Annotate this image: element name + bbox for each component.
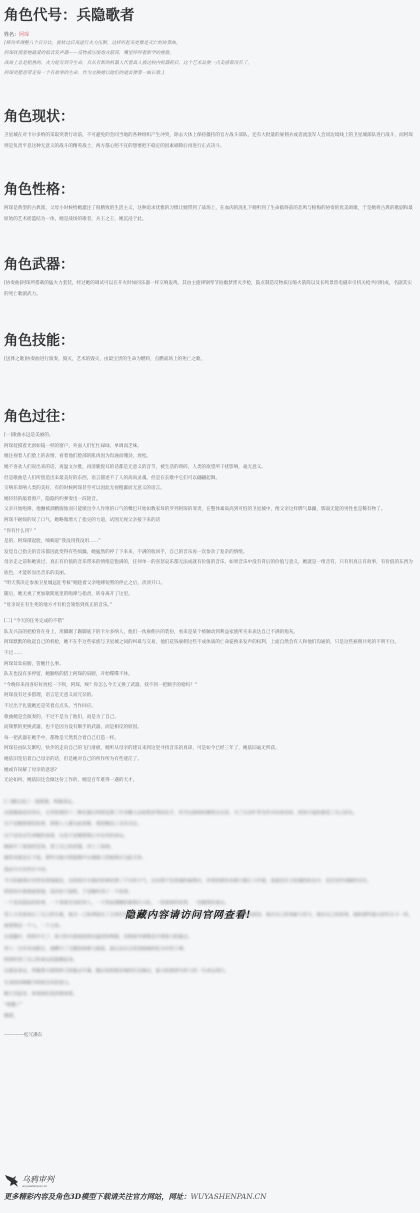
story-line: 父亲开始咆哮，他酗被酒精腐蚀而只能喷出令人作呕的口气的嘴巴开始如数家珍的罗列阿琛… [4, 505, 416, 516]
story-line: 她将来就是在下面，那些为他方把鼓舞声在城墙上的雇佣兵为此买单。 [4, 853, 416, 864]
story-line: 她不喜欢人们说出来的话，再温文尔雅，再清脆悦耳的话都是无意义的音节，被生活的琐碎… [4, 463, 416, 474]
section-heading-past: 角色过往： [4, 407, 416, 427]
story-line: 不过出于礼貌她还是笑着点点头，当作回应。 [4, 702, 416, 713]
section-text-skill: [送葬之歌]协奏曲进行演奏，毁灭，艺术的毁灭，由最宝贵的生命为燃料，点燃战场上的… [4, 355, 416, 366]
logo-title: 乌鸦审判 [22, 1175, 54, 1184]
story-line: 她或许误解了母亲的意思? [4, 766, 416, 777]
story-line: 男人一生传奇而跌宕，他燃尽了无数的困难与挑战，最后站在这里迎接他的化为开的子弹。 [4, 944, 416, 955]
name-label: 姓名： [4, 32, 19, 38]
hidden-content-notice: 隐藏内容请访问官网查看! [125, 906, 251, 921]
story-line: 生命的回响赋予阿琛音乐的意义。 [4, 978, 416, 989]
site-logo[interactable]: 乌鸦审判 wuyashenpan.cn [4, 1172, 416, 1188]
story-line: 她轻轻的敲着窗户，隐隐约约弹奏出一段轮音。 [4, 495, 416, 506]
story-line: 今天的雇佣兵异常英勇地抵抗，在阿琛开火他们的神采费了不少的力气，这显然不是普通的… [4, 876, 416, 887]
story-line: 母亲走之前和她说过，真正有价值的音乐带来的情绪是饱满的，任何单一的喜怒哀乐都无法… [4, 558, 416, 579]
story-line: 随后，她无视了更加歇斯底里的咆哮与指责，转身离开了这里。 [4, 590, 416, 601]
story-line: 阿琛任由队友絮叨，快步的走向自己的飞行滑板，她听从母亲的建议来到这里寻找音乐的真… [4, 744, 416, 755]
story-line: 但是歌曲是人们所创造出来最美好的东西，语言描述不了人的高尚灵魂，但是在长歌中它们… [4, 474, 416, 485]
story-line: 她注视着人们脸上的表情，看着他们脸部的肌肉因为沟通而绷劲，放松。 [4, 452, 416, 463]
story-line: 她依旧坚信着自己母亲的话，但是她对自己的所作所为有些迷茫了。 [4, 755, 416, 766]
story-line: 每一把武器在她手中，都像是天然契合着自己打造一样。 [4, 734, 416, 745]
story-line: 她大笑起来，协奏曲狂乱的演奏着。 [4, 989, 416, 1000]
page-title: 角色代号：兵隐歌者 [4, 6, 416, 26]
story-line: 阿琛听到了自己的命运的鼓舞起来。 [4, 955, 416, 966]
story-line: [三]她完成了一篇新歌，叫做命运。 [4, 797, 416, 808]
past-story-part-2: [二] “今天的任务完成的不错” 队友兴奋的把枪背在身上，用脚踢了踢脚底下的卡尔… [4, 617, 416, 787]
story-line: 而频繁的更换武器，也不是因为没有顺手的武器，而是相反的原因。 [4, 723, 416, 734]
section-heading-status: 角色现状： [4, 107, 416, 127]
story-line: 阿琛默默的收起自己的机枪，她不在乎这些家族与卫星城之间的纠葛与交易，他们花钱雇佣… [4, 638, 416, 649]
story-line: “你有什么用？” [4, 527, 416, 538]
intro-quote: [将功率调整八个百分比，旋转过后再进行火力压制，这样听起来更像是灭亡的协奏曲。 … [4, 39, 416, 79]
story-line: 阿琛耸耸肩膀，管她什么事。 [4, 660, 416, 671]
story-line: 这篇歌曲没有所在，它所需要的十二种乐器让阿琛花费了许多精力去收集优秀的乐手，但当… [4, 808, 416, 819]
site-url-link[interactable]: WUYASHENPAN.CN [191, 1192, 267, 1201]
author-signature: ------------松冗潘东 [4, 1031, 416, 1041]
site-footer: 乌鸦审判 wuyashenpan.cn 更多精彩内容及角色3D模型下载请关注官方… [4, 1172, 416, 1202]
story-line: 不过…… [4, 649, 416, 660]
story-line: 她想。 [4, 1011, 416, 1022]
story-line: 这不是她想要的故事，即使人人都为此惊艳，要把她送上音乐圣坛。 [4, 819, 416, 830]
story-line: “我懂了” [4, 1000, 416, 1011]
crow-icon [4, 1172, 20, 1188]
story-line: 队友也没有多停留，她勤络的搭上阿琛的肩膀，开始喋喋不休。 [4, 670, 416, 681]
section-heading-skill: 角色技能： [4, 331, 416, 351]
section-text-personality: 阿琛是典型的古典派，父母小时候给她灌注了很精致的生活主义，这种追求优雅的习惯让她… [4, 204, 416, 225]
quote-line: [将功率调整八个百分比，旋转过后再进行火力压制，这样听起来更像是灭亡的协奏曲。 [4, 39, 416, 49]
section-text-status: 卫星城在对卡尔多纳的采取突袭行动前，不可避免的会同当地的各种组织产生冲突，除去大… [4, 131, 416, 152]
promo-text: 更多精彩内容及角色3D模型下载请关注官方网站，网址： [4, 1192, 191, 1201]
story-line: “明天我决定参加卫星城远征考核”她趁着父亲咆哮短暂的停止之后，淡淡开口。 [4, 579, 416, 590]
story-line: 阿琛没有过多搭理，语言是无意义而冗杂的。 [4, 691, 416, 702]
story-line: 阿琛用火箭炮抵着他，没有扣下扳机，于是她听到了一个故事。 [4, 887, 416, 898]
story-line: 发觉自己指尖的音乐都因此变得有些烦躁，她猛然的停了下来来，不满的收回手，自己的音… [4, 548, 416, 559]
story-line: 这不是母亲告诉她的真谛，这也不是她想要心中在传的命运。 [4, 831, 416, 842]
story-line: 歌曲她是会演奏的，不过不是为了他们，而是为了自己。 [4, 713, 416, 724]
story-line: 是的，阿琛撑起脸，喃喃道“我没用我没用……” [4, 537, 416, 548]
story-line: 我而今天有些许不同。 [4, 865, 416, 876]
story-line: 队友兴奋的把枪背在身上，用脚踢了踢脚底下的卡尔多纳人，他们一伙雇佣兵的装扮，看来… [4, 628, 416, 639]
story-line: 阿琛抚摸着光滑如镜一样的窗户，外面人们忙忙碌碌，单调而乏味。 [4, 442, 416, 453]
story-line: 在震撼中，阿琛开火了，很刀的火箭炮烧射出温热的鸣啸，反物质导弹像是开着很刀的鼓点… [4, 932, 416, 943]
quote-line: 阿琛更愿意带走每一个有故事的生命，作为交换她以他们的逝去弹奏一曲长歌。] [4, 69, 416, 79]
quote-line: 战场上总是粗鲁的，火力能写到夺生命，自从有新的机器人代替真人被这校内机器耗后，这… [4, 59, 416, 69]
story-line: [二] “今天的任务完成的不错” [4, 617, 416, 628]
story-line: 无论如何，她依旧还会做这份工作的，她是百年难得一遇的天才。 [4, 776, 416, 787]
quote-line: 阿琛抚摸着她最爱的低音发声器——反物质压缩炮火箭筒，嘴里哼哼着新学的挽歌。 [4, 49, 416, 59]
logo-subtitle: wuyashenpan.cn [22, 1184, 54, 1188]
name-value: 阿琛 [19, 32, 29, 38]
footer-promo: 更多精彩内容及角色3D模型下载请关注官方网站，网址：WUYASHENPAN.CN [4, 1192, 416, 1202]
story-line: “今晚你来再喜好好放松一下呗，阿琛，唉？你怎么今天又换了武器，找不到一把顺手的枪… [4, 681, 416, 692]
section-heading-personality: 角色性格： [4, 180, 416, 200]
story-line: 这就是命运，伴随着火箭筒和刀的鼓点开幕，随后短机枪渲染的红边缘点，最大的敌律为男… [4, 966, 416, 977]
story-line: [一]歌曲永远是美丽的。 [4, 431, 416, 442]
section-text-weapon: [协奏曲]阿琛所搭载的猛火力套装，经过她的调试可以在开火时如同乐器一样交响轰鸣，… [4, 279, 416, 300]
story-line: 她离开了演奏的会场，拿上自己的武器，冲上了前线。 [4, 842, 416, 853]
name-line: 姓名：阿琛 [4, 31, 416, 39]
section-heading-weapon: 角色武器： [4, 255, 416, 275]
character-profile-page: 角色代号：兵隐歌者 姓名：阿琛 [将功率调整八个百分比，旋转过后再进行火力压制，… [0, 0, 420, 1213]
past-story-part-1: [一]歌曲永远是美丽的。 阿琛抚摸着光滑如镜一样的窗户，外面人们忙忙碌碌，单调而… [4, 431, 416, 611]
story-line: 交响乐奏响人类的美好，有的时候阿琛甚至可以因此无视粗鄙而无意义的语言。 [4, 484, 416, 495]
story-line: 阿琛不耐烦的叹了口气，她略微增大了指尖的力道，试图无视父亲接下来的话 [4, 516, 416, 527]
story-line: “母亲说在有生死的地方才有机会领悟到真正的音乐。” [4, 601, 416, 612]
